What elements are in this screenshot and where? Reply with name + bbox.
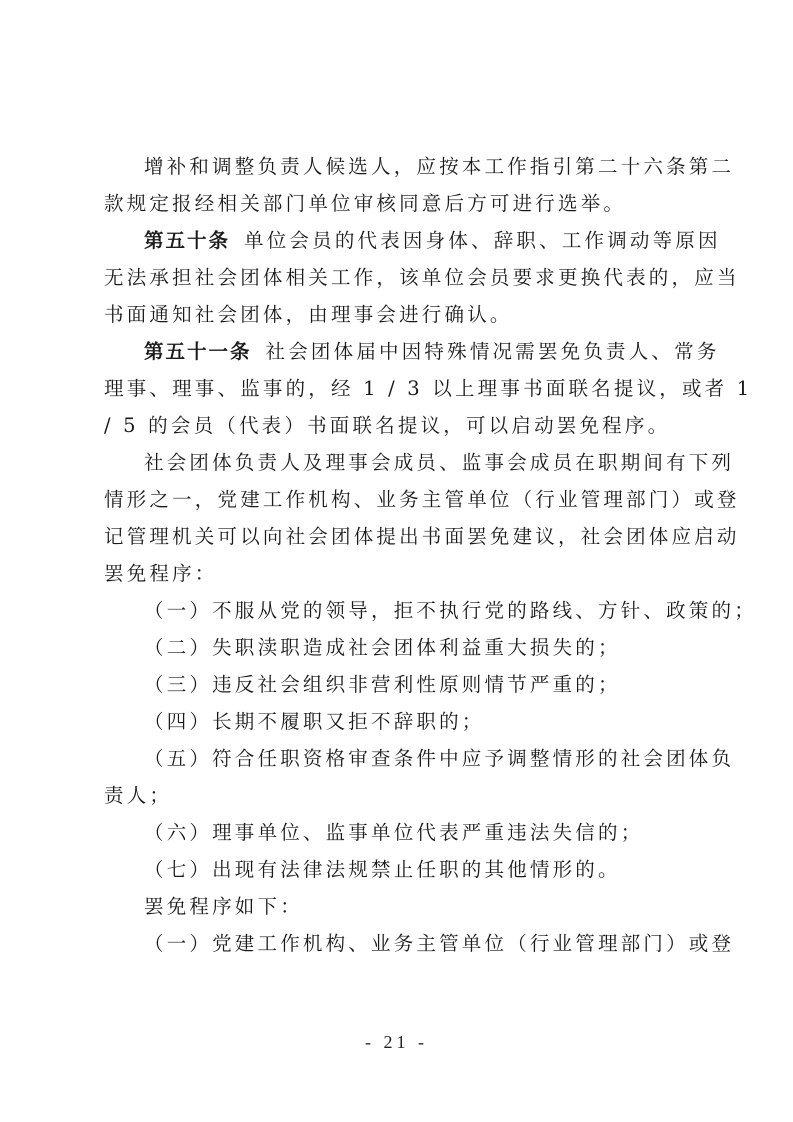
list-item: （四）长期不履职又拒不辞职的； <box>104 703 692 740</box>
article-title: 第五十条 <box>144 229 230 252</box>
document-body: 增补和调整负责人候选人，应按本工作指引第二十六条第二 款规定报经相关部门单位审核… <box>104 148 692 962</box>
paragraph-line: 罢免程序： <box>104 555 692 592</box>
list-item: （六）理事单位、监事单位代表严重违法失信的； <box>104 814 692 851</box>
list-item: （一）党建工作机构、业务主管单位（行业管理部门）或登 <box>104 925 692 962</box>
paragraph-line: 记管理机关可以向社会团体提出书面罢免建议，社会团体应启动 <box>104 518 692 555</box>
list-item: （一）不服从党的领导，拒不执行党的路线、方针、政策的； <box>104 592 692 629</box>
article-51-heading-line: 第五十一条社会团体届中因特殊情况需罢免负责人、常务 <box>104 333 692 370</box>
list-item: （七）出现有法律法规禁止任职的其他情形的。 <box>104 851 692 888</box>
paragraph-line: / 5 的会员（代表）书面联名提议，可以启动罢免程序。 <box>104 407 692 444</box>
paragraph-line: 增补和调整负责人候选人，应按本工作指引第二十六条第二 <box>104 148 692 185</box>
page-number: - 21 - <box>0 1032 793 1053</box>
paragraph-line: 理事、理事、监事的，经 1 / 3 以上理事书面联名提议，或者 1 <box>104 370 692 407</box>
list-item: （五）符合任职资格审查条件中应予调整情形的社会团体负 <box>104 740 692 777</box>
list-item: （三）违反社会组织非营利性原则情节严重的； <box>104 666 692 703</box>
paragraph-line: 书面通知社会团体，由理事会进行确认。 <box>104 296 692 333</box>
paragraph-line: 情形之一，党建工作机构、业务主管单位（行业管理部门）或登 <box>104 481 692 518</box>
paragraph-line: 无法承担社会团体相关工作，该单位会员要求更换代表的，应当 <box>104 259 692 296</box>
paragraph-line: 社会团体负责人及理事会成员、监事会成员在职期间有下列 <box>104 444 692 481</box>
list-item-continuation: 责人； <box>104 777 692 814</box>
paragraph-line: 款规定报经相关部门单位审核同意后方可进行选举。 <box>104 185 692 222</box>
paragraph-line: 罢免程序如下： <box>104 888 692 925</box>
list-item: （二）失职渎职造成社会团体利益重大损失的； <box>104 629 692 666</box>
article-50-heading-line: 第五十条单位会员的代表因身体、辞职、工作调动等原因 <box>104 222 692 259</box>
article-title: 第五十一条 <box>144 340 252 363</box>
